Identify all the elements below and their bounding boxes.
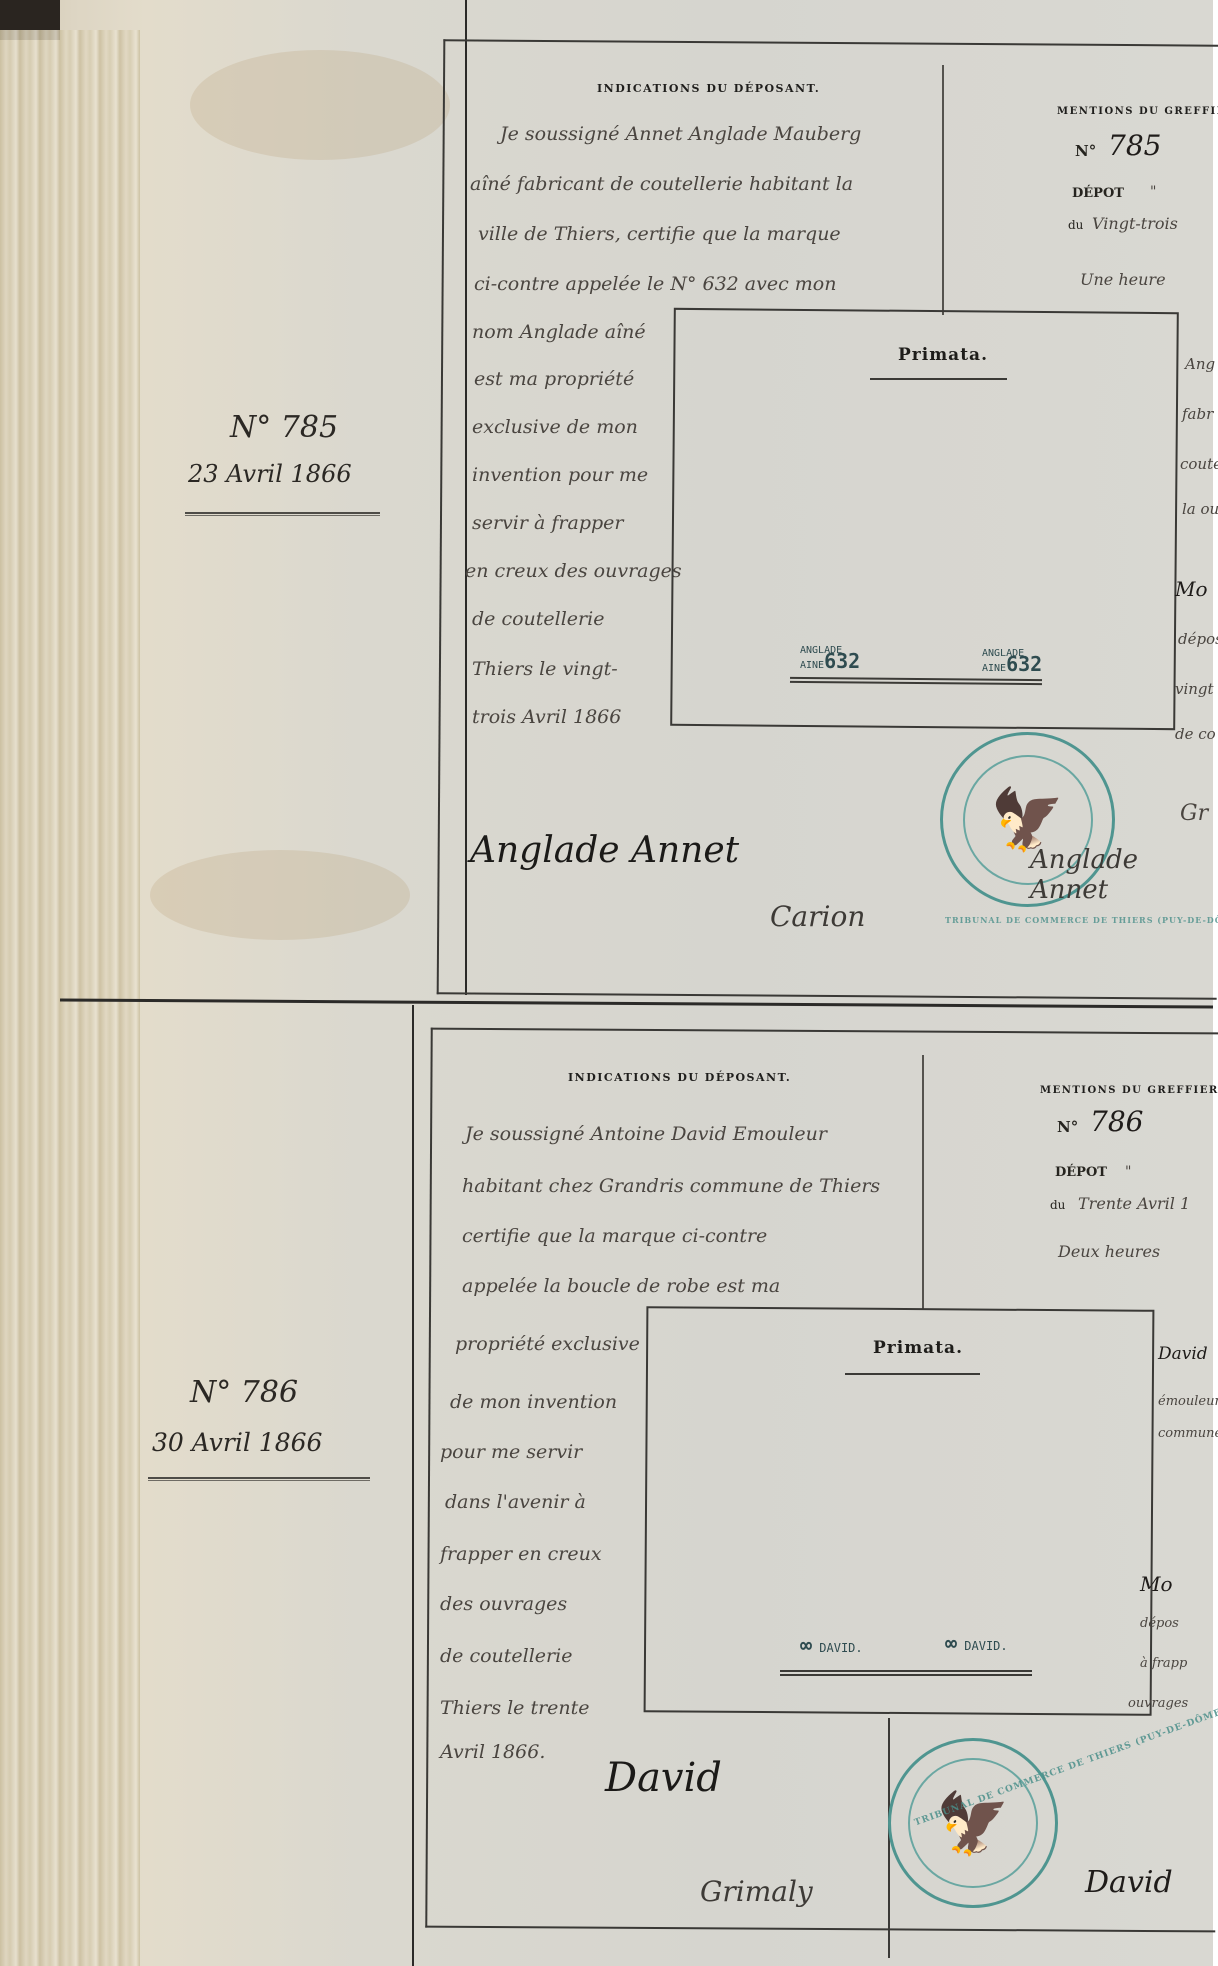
margin-number: N° 785 <box>230 410 338 445</box>
hour-value: Deux heures <box>1058 1228 1160 1276</box>
text-line: de coutellerie <box>440 1632 572 1680</box>
du-label: du <box>1068 218 1083 232</box>
fragment: Ang <box>1185 340 1215 388</box>
depositor-signature: Anglade Annet <box>470 830 739 871</box>
fragment: fabr <box>1182 390 1213 438</box>
clerk-signature: Carion <box>770 900 865 933</box>
text-line: Avril 1866. <box>440 1728 545 1776</box>
bow-knot-icon: ∞ <box>800 1633 812 1657</box>
fragment: Gr <box>1180 790 1208 838</box>
inner-column-divider <box>922 1055 924 1310</box>
margin-number: N° 786 <box>190 1375 298 1410</box>
text-line: frapper en creux <box>440 1530 602 1578</box>
title-underline <box>870 378 1007 380</box>
date-value: Vingt-trois <box>1092 200 1178 248</box>
fragment: Mo <box>1175 565 1208 613</box>
fragment: David <box>1158 1330 1208 1378</box>
text-line: est ma propriété <box>474 355 634 403</box>
text-line: Thiers le trente <box>440 1684 590 1732</box>
text-line: en creux des ouvrages <box>465 547 682 595</box>
fragment: ouvrages <box>1128 1680 1188 1728</box>
paper-stain <box>190 50 450 160</box>
date-value: Trente Avril 1 <box>1078 1180 1190 1228</box>
hour-value: Une heure <box>1080 256 1166 304</box>
margin-underline <box>148 1477 370 1481</box>
trademark-impression-left: ∞ DAVID. <box>800 1640 863 1654</box>
number-value: 786 <box>1090 1098 1143 1146</box>
text-line: exclusive de mon <box>472 403 638 451</box>
fragment: de co <box>1175 710 1216 758</box>
title-underline <box>845 1373 980 1375</box>
box-title: Primata. <box>898 345 988 365</box>
text-line: invention pour me <box>472 451 648 499</box>
depositor-signature-copy: Anglade Annet <box>1030 845 1218 905</box>
bow-knot-icon: ∞ <box>945 1631 957 1655</box>
number-label: N° <box>1057 1118 1078 1136</box>
text-line: de coutellerie <box>472 595 604 643</box>
text-line: de mon invention <box>450 1378 617 1426</box>
depositor-header: INDICATIONS DU DÉPOSANT. <box>597 82 820 95</box>
text-line: ville de Thiers, certifie que la marque <box>478 210 841 258</box>
fragment: la ou <box>1182 485 1218 533</box>
fragment: vingt <box>1175 665 1214 713</box>
box-title: Primata. <box>873 1338 963 1358</box>
column-divider-bottom <box>412 1005 414 1966</box>
margin-underline <box>185 512 380 516</box>
trademark-box <box>644 1306 1155 1716</box>
clerk-header: MENTIONS DU GREFFIER <box>1057 106 1218 117</box>
seal-text: TRIBUNAL DE COMMERCE DE THIERS (PUY-DE-D… <box>945 915 1218 925</box>
depositor-signature-copy: David <box>1085 1865 1173 1900</box>
text-line: des ouvrages <box>440 1580 567 1628</box>
number-value: 785 <box>1108 122 1161 170</box>
text-line: aîné fabricant de coutellerie habitant l… <box>470 160 853 208</box>
clerk-header: MENTIONS DU GREFFIER <box>1040 1085 1218 1096</box>
depositor-signature: David <box>605 1755 722 1801</box>
text-line: dans l'avenir à <box>445 1478 586 1526</box>
margin-date: 23 Avril 1866 <box>188 460 352 488</box>
tribunal-seal: 🦅 <box>888 1738 1058 1908</box>
depot-label: DÉPOT <box>1055 1165 1107 1180</box>
text-line: Je soussigné Annet Anglade Mauberg <box>500 110 861 158</box>
depositor-header: INDICATIONS DU DÉPOSANT. <box>568 1071 791 1084</box>
text-line: nom Anglade aîné <box>472 308 646 356</box>
text-line: habitant chez Grandris commune de Thiers <box>462 1162 880 1210</box>
text-line: Thiers le vingt- <box>472 645 618 693</box>
text-line: propriété exclusive <box>455 1320 640 1368</box>
text-line: trois Avril 1866 <box>472 693 621 741</box>
inner-column-divider <box>942 65 944 315</box>
text-line: pour me servir <box>440 1428 582 1476</box>
clerk-signature: Grimaly <box>700 1875 813 1908</box>
fragment: coutel <box>1180 440 1218 488</box>
paper-stain <box>150 850 410 940</box>
number-label: N° <box>1075 142 1096 160</box>
margin-date: 30 Avril 1866 <box>152 1428 322 1457</box>
trademark-impression-right: ∞ DAVID. <box>945 1638 1008 1652</box>
du-label: du <box>1050 1198 1065 1212</box>
trademark-impression-right: ANGLADE AINE632 <box>982 648 1042 674</box>
trademark-box <box>670 308 1179 730</box>
text-line: Je soussigné Antoine David Emouleur <box>465 1110 827 1158</box>
text-line: appelée la boucle de robe est ma <box>462 1262 780 1310</box>
fragment: commune <box>1158 1410 1218 1458</box>
text-line: servir à frapper <box>472 499 623 547</box>
text-line: certifie que la marque ci-contre <box>462 1212 767 1260</box>
depot-label: DÉPOT <box>1072 186 1124 201</box>
mark-double-rule <box>780 1670 1032 1676</box>
text-line: ci-contre appelée le N° 632 avec mon <box>474 260 836 308</box>
trademark-impression-left: ANGLADE AINE632 <box>800 645 860 671</box>
fragment: dépos <box>1178 615 1218 663</box>
